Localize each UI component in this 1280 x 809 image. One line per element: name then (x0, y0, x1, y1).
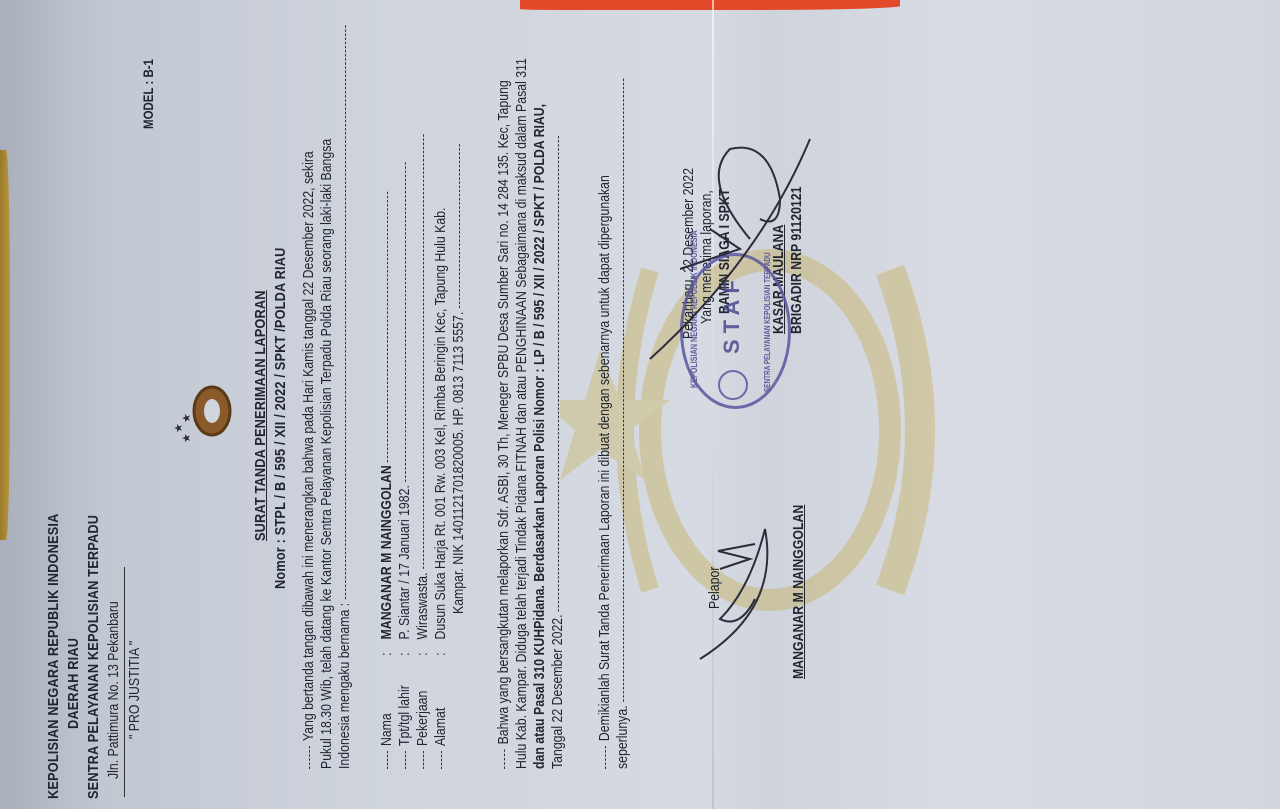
identity-value: Dusun Suka Harja Rt. 001 Rw. 003 Kel, Ri… (432, 208, 449, 640)
report-line-1: Bahwa yang bersangkutan melaporkan Sdr. … (495, 80, 512, 769)
intro-text-1: Yang bertanda tangan dibawah ini meneran… (300, 151, 317, 741)
receiver-signature-icon (640, 119, 820, 379)
dash-leader (386, 191, 388, 462)
report-text-1: Bahwa yang bersangkutan melaporkan Sdr. … (495, 80, 512, 744)
dash-leader (622, 79, 624, 702)
dash-leader (386, 751, 388, 769)
intro-line-3: Indonesia mengaku bernama : (336, 26, 353, 769)
identity-label: Pekerjaan (414, 656, 431, 746)
intro-line-2: Pukul 18.30 Wib, telah datang ke Kantor … (318, 139, 335, 769)
model-code: MODEL : B-1 (140, 59, 156, 129)
identity-label: Alamat (432, 656, 449, 746)
report-line-3: dan atau Pasal 310 KUHPidana. Berdasarka… (531, 104, 548, 769)
identity-value: Kampar. NIK 1401121701820005. HP. 0813 7… (450, 312, 467, 614)
document-number: Nomor : STPL / B / 595 / XII / 2022 / SP… (272, 248, 289, 589)
closing-text-2: seperlunya. (614, 705, 631, 769)
identity-row-address: Alamat:Dusun Suka Harja Rt. 001 Rw. 003 … (432, 208, 449, 769)
document-title: SURAT TANDA PENERIMAAN LAPORAN (252, 290, 269, 541)
identity-label: Nama (378, 656, 395, 746)
report-line-2: Hulu Kab. Kampar. Diduga telah terjadi T… (513, 58, 530, 769)
identity-row-occupation: Pekerjaan:Wiraswasta. (414, 135, 431, 769)
letterhead-divider (124, 567, 125, 797)
dash-leader (422, 751, 424, 769)
dash-leader (458, 144, 460, 308)
police-emblem-icon: ★ ★ ★ (160, 369, 240, 459)
dash-leader (503, 749, 505, 769)
identity-value: P. Siantar / 17 Januari 1982. (396, 485, 413, 639)
svg-text:★: ★ (181, 433, 193, 443)
dash-leader (422, 135, 424, 570)
dash-leader (344, 26, 346, 600)
intro-text-3: Indonesia mengaku bernama : (336, 603, 353, 769)
report-line-4: Tanggal 22 Desember 2022. (549, 136, 566, 769)
identity-row-birth: Tpt/tgl lahir:P. Siantar / 17 Januari 19… (396, 162, 413, 769)
reporter-name: MANGANAR M NAINGGOLAN (790, 505, 807, 679)
report-text-4: Tanggal 22 Desember 2022. (549, 614, 566, 769)
svg-text:★: ★ (173, 423, 185, 433)
identity-row-address-cont: Kampar. NIK 1401121701820005. HP. 0813 7… (450, 144, 467, 614)
letterhead-address: Jln. Pattimura No. 13 Pekanbaru (105, 601, 122, 779)
closing-text-1: Demikianlah Surat Tanda Penerimaan Lapor… (596, 175, 613, 741)
letterhead-line-3: SENTRA PELAYANAN KEPOLISIAN TERPADU (85, 515, 102, 799)
svg-text:★: ★ (181, 413, 193, 423)
dash-leader (404, 162, 406, 482)
identity-label: Tpt/tgl lahir (396, 656, 413, 746)
document-page: MODEL : B-1 KEPOLISIAN NEGARA REPUBLIK I… (0, 0, 880, 809)
dash-leader (557, 136, 559, 612)
dash-leader (440, 751, 442, 769)
identity-value: Wiraswasta. (414, 572, 431, 639)
closing-line-2: seperlunya. (614, 79, 631, 769)
dash-leader (308, 746, 310, 769)
dash-leader (604, 746, 606, 769)
identity-row-name: Nama:MANGANAR M NAINGGOLAN (378, 191, 395, 769)
reporter-signature-icon (680, 519, 790, 669)
dash-leader (404, 751, 406, 769)
letterhead-line-2: DAERAH RIAU (65, 638, 82, 729)
intro-line-1: Yang bertanda tangan dibawah ini meneran… (300, 151, 317, 769)
identity-value: MANGANAR M NAINGGOLAN (378, 465, 395, 639)
closing-line-1: Demikianlah Surat Tanda Penerimaan Lapor… (596, 175, 613, 769)
letterhead-motto: " PRO JUSTITIA " (126, 641, 143, 739)
letterhead-line-1: KEPOLISIAN NEGARA REPUBLIK INDONESIA (45, 514, 62, 799)
